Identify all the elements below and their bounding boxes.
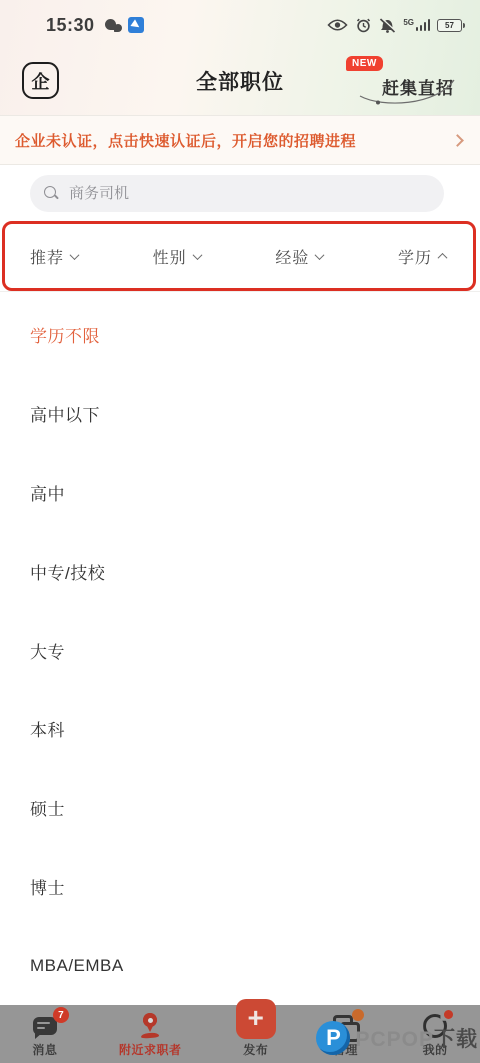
education-option-mba[interactable]: MBA/EMBA	[0, 926, 480, 1005]
message-icon: 7	[30, 1013, 60, 1039]
chevron-down-icon	[70, 250, 80, 260]
search-bar[interactable]	[30, 175, 444, 212]
tab-publish[interactable]: 发布	[211, 1005, 301, 1063]
signal-strength-icon: 5G	[403, 19, 430, 31]
filter-gender[interactable]: 性别	[153, 245, 201, 268]
new-badge: NEW	[346, 56, 383, 71]
chat-bubbles-icon	[105, 18, 122, 32]
battery-icon: 57	[437, 19, 462, 32]
brand-name: 赶集直招	[382, 74, 454, 99]
education-option-doctor[interactable]: 博士	[0, 847, 480, 926]
filter-recommend[interactable]: 推荐	[30, 245, 78, 268]
education-option-highschool[interactable]: 高中	[0, 453, 480, 532]
filter-education[interactable]: 学历	[398, 245, 446, 268]
search-input[interactable]	[69, 185, 430, 202]
message-count-badge: 7	[53, 1007, 69, 1023]
plus-icon	[236, 999, 276, 1039]
tab-manage[interactable]: 管理	[301, 1005, 391, 1063]
eye-icon	[327, 18, 348, 32]
alarm-clock-icon	[355, 17, 372, 33]
network-type-label: 5G	[403, 19, 414, 27]
status-app-icons	[105, 17, 144, 33]
search-icon	[44, 186, 59, 201]
profile-icon	[420, 1013, 450, 1039]
location-pin-icon	[135, 1013, 165, 1039]
filter-experience[interactable]: 经验	[275, 245, 323, 268]
mute-bell-icon	[379, 17, 396, 33]
app-header: 企 全部职位 NEW 赶集直招	[0, 50, 480, 115]
battery-percent: 57	[445, 21, 454, 30]
education-option-bachelor[interactable]: 本科	[0, 689, 480, 768]
app-screen: 15:30	[0, 0, 480, 1063]
education-option-below-highschool[interactable]: 高中以下	[0, 374, 480, 453]
education-option-college[interactable]: 大专	[0, 611, 480, 690]
education-option-master[interactable]: 硕士	[0, 768, 480, 847]
education-option-vocational[interactable]: 中专/技校	[0, 532, 480, 611]
education-dropdown-list: 学历不限 高中以下 高中 中专/技校 大专 本科 硕士 博士 MBA/EMBA	[0, 291, 480, 1005]
education-option-any[interactable]: 学历不限	[0, 295, 480, 374]
filter-bar: 推荐 性别 经验 学历	[0, 221, 480, 291]
notice-text: 企业未认证，点击快速认证后，开启您的招聘进程	[15, 130, 356, 151]
manage-notification-dot	[352, 1009, 364, 1021]
chevron-right-icon	[451, 134, 464, 147]
tab-messages[interactable]: 7 消息	[0, 1005, 90, 1063]
status-right-icons: 5G 57	[327, 17, 462, 33]
brand-logo[interactable]: NEW 赶集直招	[354, 52, 454, 112]
clock: 15:30	[46, 15, 95, 36]
top-gradient-area: 15:30	[0, 0, 480, 115]
chevron-down-icon	[315, 250, 325, 260]
tab-profile[interactable]: 我的	[390, 1005, 480, 1063]
manage-grid-icon	[330, 1013, 360, 1039]
chevron-up-icon	[438, 252, 448, 262]
tab-nearby-jobseekers[interactable]: 附近求职者	[90, 1005, 211, 1063]
certification-notice-banner[interactable]: 企业未认证，点击快速认证后，开启您的招聘进程	[0, 115, 480, 165]
chevron-down-icon	[192, 250, 202, 260]
bottom-tab-bar: 7 消息 附近求职者 发布 管理 我的	[0, 1005, 480, 1063]
status-bar: 15:30	[0, 0, 480, 50]
search-section	[0, 165, 480, 221]
navigation-arrow-icon	[128, 17, 144, 33]
profile-notification-dot	[444, 1010, 453, 1019]
